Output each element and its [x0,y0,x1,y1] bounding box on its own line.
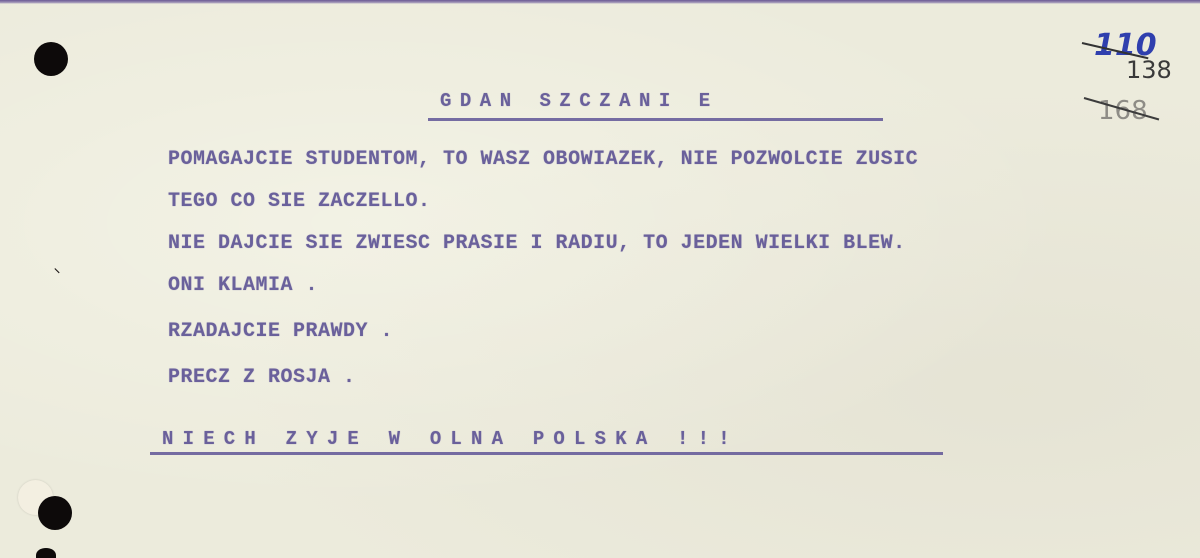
closing-slogan: NIECH ZYJE W OLNA POLSKA !!! [162,428,739,450]
body-line: POMAGAJCIE STUDENTOM, TO WASZ OBOWIAZEK,… [168,148,918,171]
body-line: PRECZ Z ROSJA . [168,366,356,389]
body-line: NIE DAJCIE SIE ZWIESC PRASIE I RADIU, TO… [168,232,906,255]
heading-underline [428,118,883,121]
punch-hole-partial [36,548,56,558]
page-top-edge [0,0,1200,4]
punch-hole-bottom [38,496,72,530]
archive-number-pencil: 138 [1126,56,1172,84]
punch-hole-top [34,42,68,76]
margin-mark-icon: ⸜ [54,263,62,273]
body-line: RZADAJCIE PRAWDY . [168,320,393,343]
slogan-underline [150,452,943,455]
document-heading: GDAN SZCZANI E [440,90,719,112]
body-line: TEGO CO SIE ZACZELLO. [168,190,431,213]
body-line: ONI KLAMIA . [168,274,318,297]
scanned-document-page: ⸜ 110 138 168 GDAN SZCZANI E POMAGAJCIE … [0,0,1200,558]
archive-number-gray: 168 [1098,96,1148,126]
